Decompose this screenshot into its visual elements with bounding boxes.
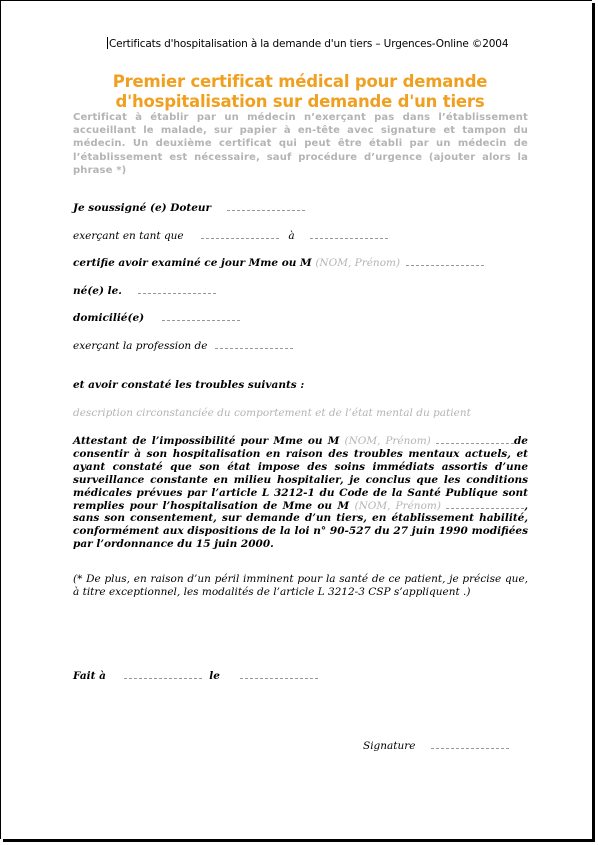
attestation-name-blank-2[interactable] [446, 507, 524, 509]
doctor-name-blank[interactable] [227, 209, 305, 211]
born-row: né(e) le. [73, 285, 216, 297]
document-title: Premier certificat médical pour demande … [1, 72, 598, 112]
fait-place-blank[interactable] [124, 677, 202, 679]
birthdate-blank[interactable] [138, 292, 216, 294]
role-row: exerçant en tant que à [73, 230, 388, 242]
role-label: exerçant en tant que [73, 230, 184, 242]
signature-blank[interactable] [431, 747, 509, 749]
attestation-name-blank-1[interactable] [436, 442, 514, 444]
fait-label: Fait à [73, 670, 106, 682]
title-line-1: Premier certificat médical pour demande [1, 72, 598, 92]
signature-row: Signature [363, 740, 509, 752]
certify-label: certifie avoir examiné ce jour Mme ou M [73, 257, 312, 269]
domicile-row: domicilié(e) [73, 312, 240, 324]
urgence-note: (* De plus, en raison d’un péril imminen… [73, 573, 528, 599]
role-place-blank[interactable] [310, 237, 388, 239]
intro-instructions: Certificat à établir par un médecin n’ex… [73, 111, 528, 177]
header-text: Certificats d'hospitalisation à la deman… [109, 38, 508, 50]
attestation-name-placeholder-1: (NOM, Prénom) [345, 435, 431, 447]
born-label: né(e) le. [73, 285, 122, 297]
patient-name-placeholder: (NOM, Prénom) [315, 257, 400, 269]
troubles-label: et avoir constaté les troubles suivants … [73, 379, 304, 391]
role-at-label: à [288, 230, 294, 242]
title-line-2: d'hospitalisation sur demande d'un tiers [1, 92, 598, 112]
profession-blank[interactable] [215, 347, 293, 349]
page-header: Certificats d'hospitalisation à la deman… [107, 37, 507, 50]
attestation-name-placeholder-2: (NOM, Prénom) [354, 500, 440, 512]
signature-label: Signature [363, 740, 416, 752]
attestation-paragraph: Attestant de l’impossibilité pour Mme ou… [73, 435, 528, 551]
role-blank[interactable] [201, 237, 279, 239]
domicile-label: domicilié(e) [73, 312, 144, 324]
fait-date-blank[interactable] [240, 677, 318, 679]
fait-row: Fait à le [73, 670, 318, 682]
le-label: le [209, 670, 220, 682]
troubles-placeholder[interactable]: description circonstanciée du comporteme… [73, 407, 471, 419]
document-page: Certificats d'hospitalisation à la deman… [0, 0, 592, 839]
domicile-blank[interactable] [162, 319, 240, 321]
attestation-part-1: Attestant de l’impossibilité pour Mme ou… [73, 435, 339, 447]
profession-row: exerçant la profession de [73, 340, 293, 352]
patient-name-blank[interactable] [406, 264, 484, 266]
doctor-row: Je soussigné (e) Doteur [73, 202, 305, 214]
certify-row: certifie avoir examiné ce jour Mme ou M … [73, 257, 484, 269]
text-cursor [107, 37, 108, 49]
profession-label: exerçant la profession de [73, 340, 207, 352]
doctor-label: Je soussigné (e) Doteur [73, 202, 211, 214]
